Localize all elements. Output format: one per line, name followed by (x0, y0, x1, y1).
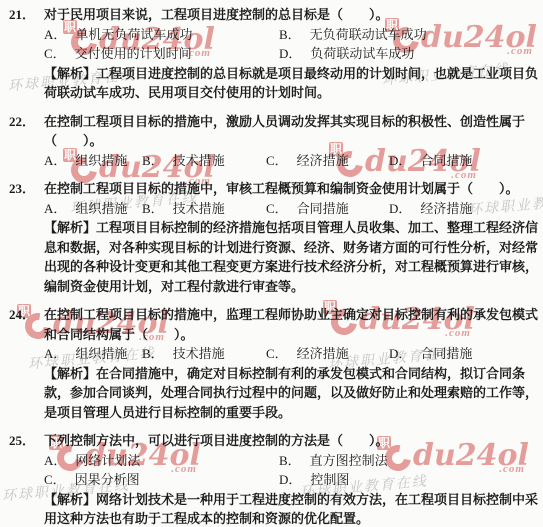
option-text: 因果分析图 (75, 472, 140, 487)
option-d: D．合同措施 (389, 151, 541, 171)
option-a: A．组织措施 (44, 344, 142, 364)
option-text: 组织措施 (75, 201, 127, 216)
option-text: 组织措施 (75, 153, 127, 168)
option-d: D．合同措施 (389, 344, 541, 364)
question-stem: 在控制工程项目目标的措施中，审核工程概预算和编制资金使用计划属于（ ）。 (44, 179, 541, 199)
option-label: C． (266, 346, 288, 361)
option-text: 技术措施 (173, 153, 225, 168)
option-text: 经济措施 (297, 153, 349, 168)
option-b: B．直方图控制法 (279, 451, 541, 471)
question-stem: 在控制工程项目目标的措施中，激励人员调动发挥其实现目标的积极性、创造性属于（ ）… (44, 112, 541, 151)
question-24: 24． 在控制工程项目目标的措施中，监理工程师协助业主确定对目标控制有利的承发包… (0, 305, 543, 422)
question-stem: 下列控制方法中，可以进行项目进度控制的方法是（ ）。 (44, 431, 541, 451)
option-text: 合同措施 (420, 346, 472, 361)
option-text: 技术措施 (173, 346, 225, 361)
option-text: 合同措施 (297, 201, 349, 216)
question-stem: 在控制工程项目目标的措施中，监理工程师协助业主确定对目标控制有利的承发包模式和合… (44, 305, 541, 344)
analysis: 【解析】在合同措施中，确定对目标控制有利的承发包模式和合同结构，拟订合同条款，参… (44, 364, 541, 423)
option-c: C．合同措施 (266, 199, 389, 219)
option-label: B． (279, 27, 301, 42)
option-text: 合同措施 (420, 153, 472, 168)
question-number: 22． (9, 112, 35, 132)
option-label: D． (279, 46, 301, 61)
question-number: 21． (9, 5, 35, 25)
option-d: D．负荷联动试车成功 (279, 44, 541, 64)
option-label: C． (266, 201, 288, 216)
option-text: 技术措施 (173, 201, 225, 216)
question-number: 24． (9, 305, 35, 325)
option-label: D． (279, 472, 301, 487)
option-text: 网络计划法 (75, 453, 140, 468)
option-text: 单机无负荷试车成功 (75, 27, 192, 42)
option-label: A． (44, 453, 66, 468)
options: A．组织措施 B．技术措施 C．合同措施 D．经济措施 (44, 199, 541, 219)
option-label: C． (266, 153, 288, 168)
option-label: B． (279, 453, 301, 468)
option-b: B．技术措施 (142, 151, 266, 171)
option-b: B．无负荷联动试车成功 (279, 25, 541, 45)
option-label: A． (44, 346, 66, 361)
option-d: D．控制图 (279, 470, 541, 490)
option-text: 控制图 (310, 472, 349, 487)
options: A．网络计划法 B．直方图控制法 C．因果分析图 D．控制图 (44, 451, 541, 490)
option-label: B． (142, 346, 164, 361)
option-c: C．交付使用的计划时间 (44, 44, 279, 64)
question-number: 23． (9, 179, 35, 199)
option-label: D． (389, 201, 411, 216)
option-a: A．网络计划法 (44, 451, 279, 471)
option-a: A．组织措施 (44, 199, 142, 219)
option-c: C．因果分析图 (44, 470, 279, 490)
exam-page: 职du24ol.com 职du24ol.com 职du24ol.com 职du2… (0, 0, 543, 527)
option-label: C． (44, 46, 66, 61)
option-text: 负荷联动试车成功 (310, 46, 414, 61)
question-21: 21． 对于民用项目来说，工程项目进度控制的总目标是（ ）。 A．单机无负荷试车… (0, 5, 543, 103)
option-label: A． (44, 201, 66, 216)
option-c: C．经济措施 (266, 151, 389, 171)
option-b: B．技术措施 (142, 199, 266, 219)
question-25: 25． 下列控制方法中，可以进行项目进度控制的方法是（ ）。 A．网络计划法 B… (0, 431, 543, 527)
option-label: D． (389, 346, 411, 361)
option-d: D．经济措施 (389, 199, 541, 219)
analysis: 【解析】网络计划技术是一种用于工程进度控制的有效方法，在工程项目目标控制中采用这… (44, 490, 541, 527)
option-label: A． (44, 27, 66, 42)
options: A．组织措施 B．技术措施 C．经济措施 D．合同措施 (44, 151, 541, 171)
option-text: 经济措施 (420, 201, 472, 216)
options: A．单机无负荷试车成功 B．无负荷联动试车成功 C．交付使用的计划时间 D．负荷… (44, 25, 541, 64)
option-text: 直方图控制法 (310, 453, 388, 468)
question-number: 25． (9, 431, 35, 451)
question-stem: 对于民用项目来说，工程项目进度控制的总目标是（ ）。 (44, 5, 541, 25)
questions-list: 21． 对于民用项目来说，工程项目进度控制的总目标是（ ）。 A．单机无负荷试车… (0, 5, 543, 527)
option-label: A． (44, 153, 66, 168)
analysis: 【解析】工程项目进度控制的总目标就是项目最终动用的计划时间，也就是工业项目负荷联… (44, 64, 541, 103)
option-c: C．经济措施 (266, 344, 389, 364)
option-b: B．技术措施 (142, 344, 266, 364)
analysis: 【解析】工程项目目标控制的经济措施包括项目管理人员收集、加工、整理工程经济信息和… (44, 218, 541, 296)
option-label: B． (142, 153, 164, 168)
option-label: C． (44, 472, 66, 487)
option-label: B． (142, 201, 164, 216)
option-a: A．组织措施 (44, 151, 142, 171)
question-23: 23． 在控制工程项目目标的措施中，审核工程概预算和编制资金使用计划属于（ ）。… (0, 179, 543, 296)
option-text: 无负荷联动试车成功 (310, 27, 427, 42)
question-22: 22． 在控制工程项目目标的措施中，激励人员调动发挥其实现目标的积极性、创造性属… (0, 112, 543, 171)
option-text: 组织措施 (75, 346, 127, 361)
options: A．组织措施 B．技术措施 C．经济措施 D．合同措施 (44, 344, 541, 364)
option-label: D． (389, 153, 411, 168)
option-a: A．单机无负荷试车成功 (44, 25, 279, 45)
option-text: 交付使用的计划时间 (75, 46, 192, 61)
option-text: 经济措施 (297, 346, 349, 361)
